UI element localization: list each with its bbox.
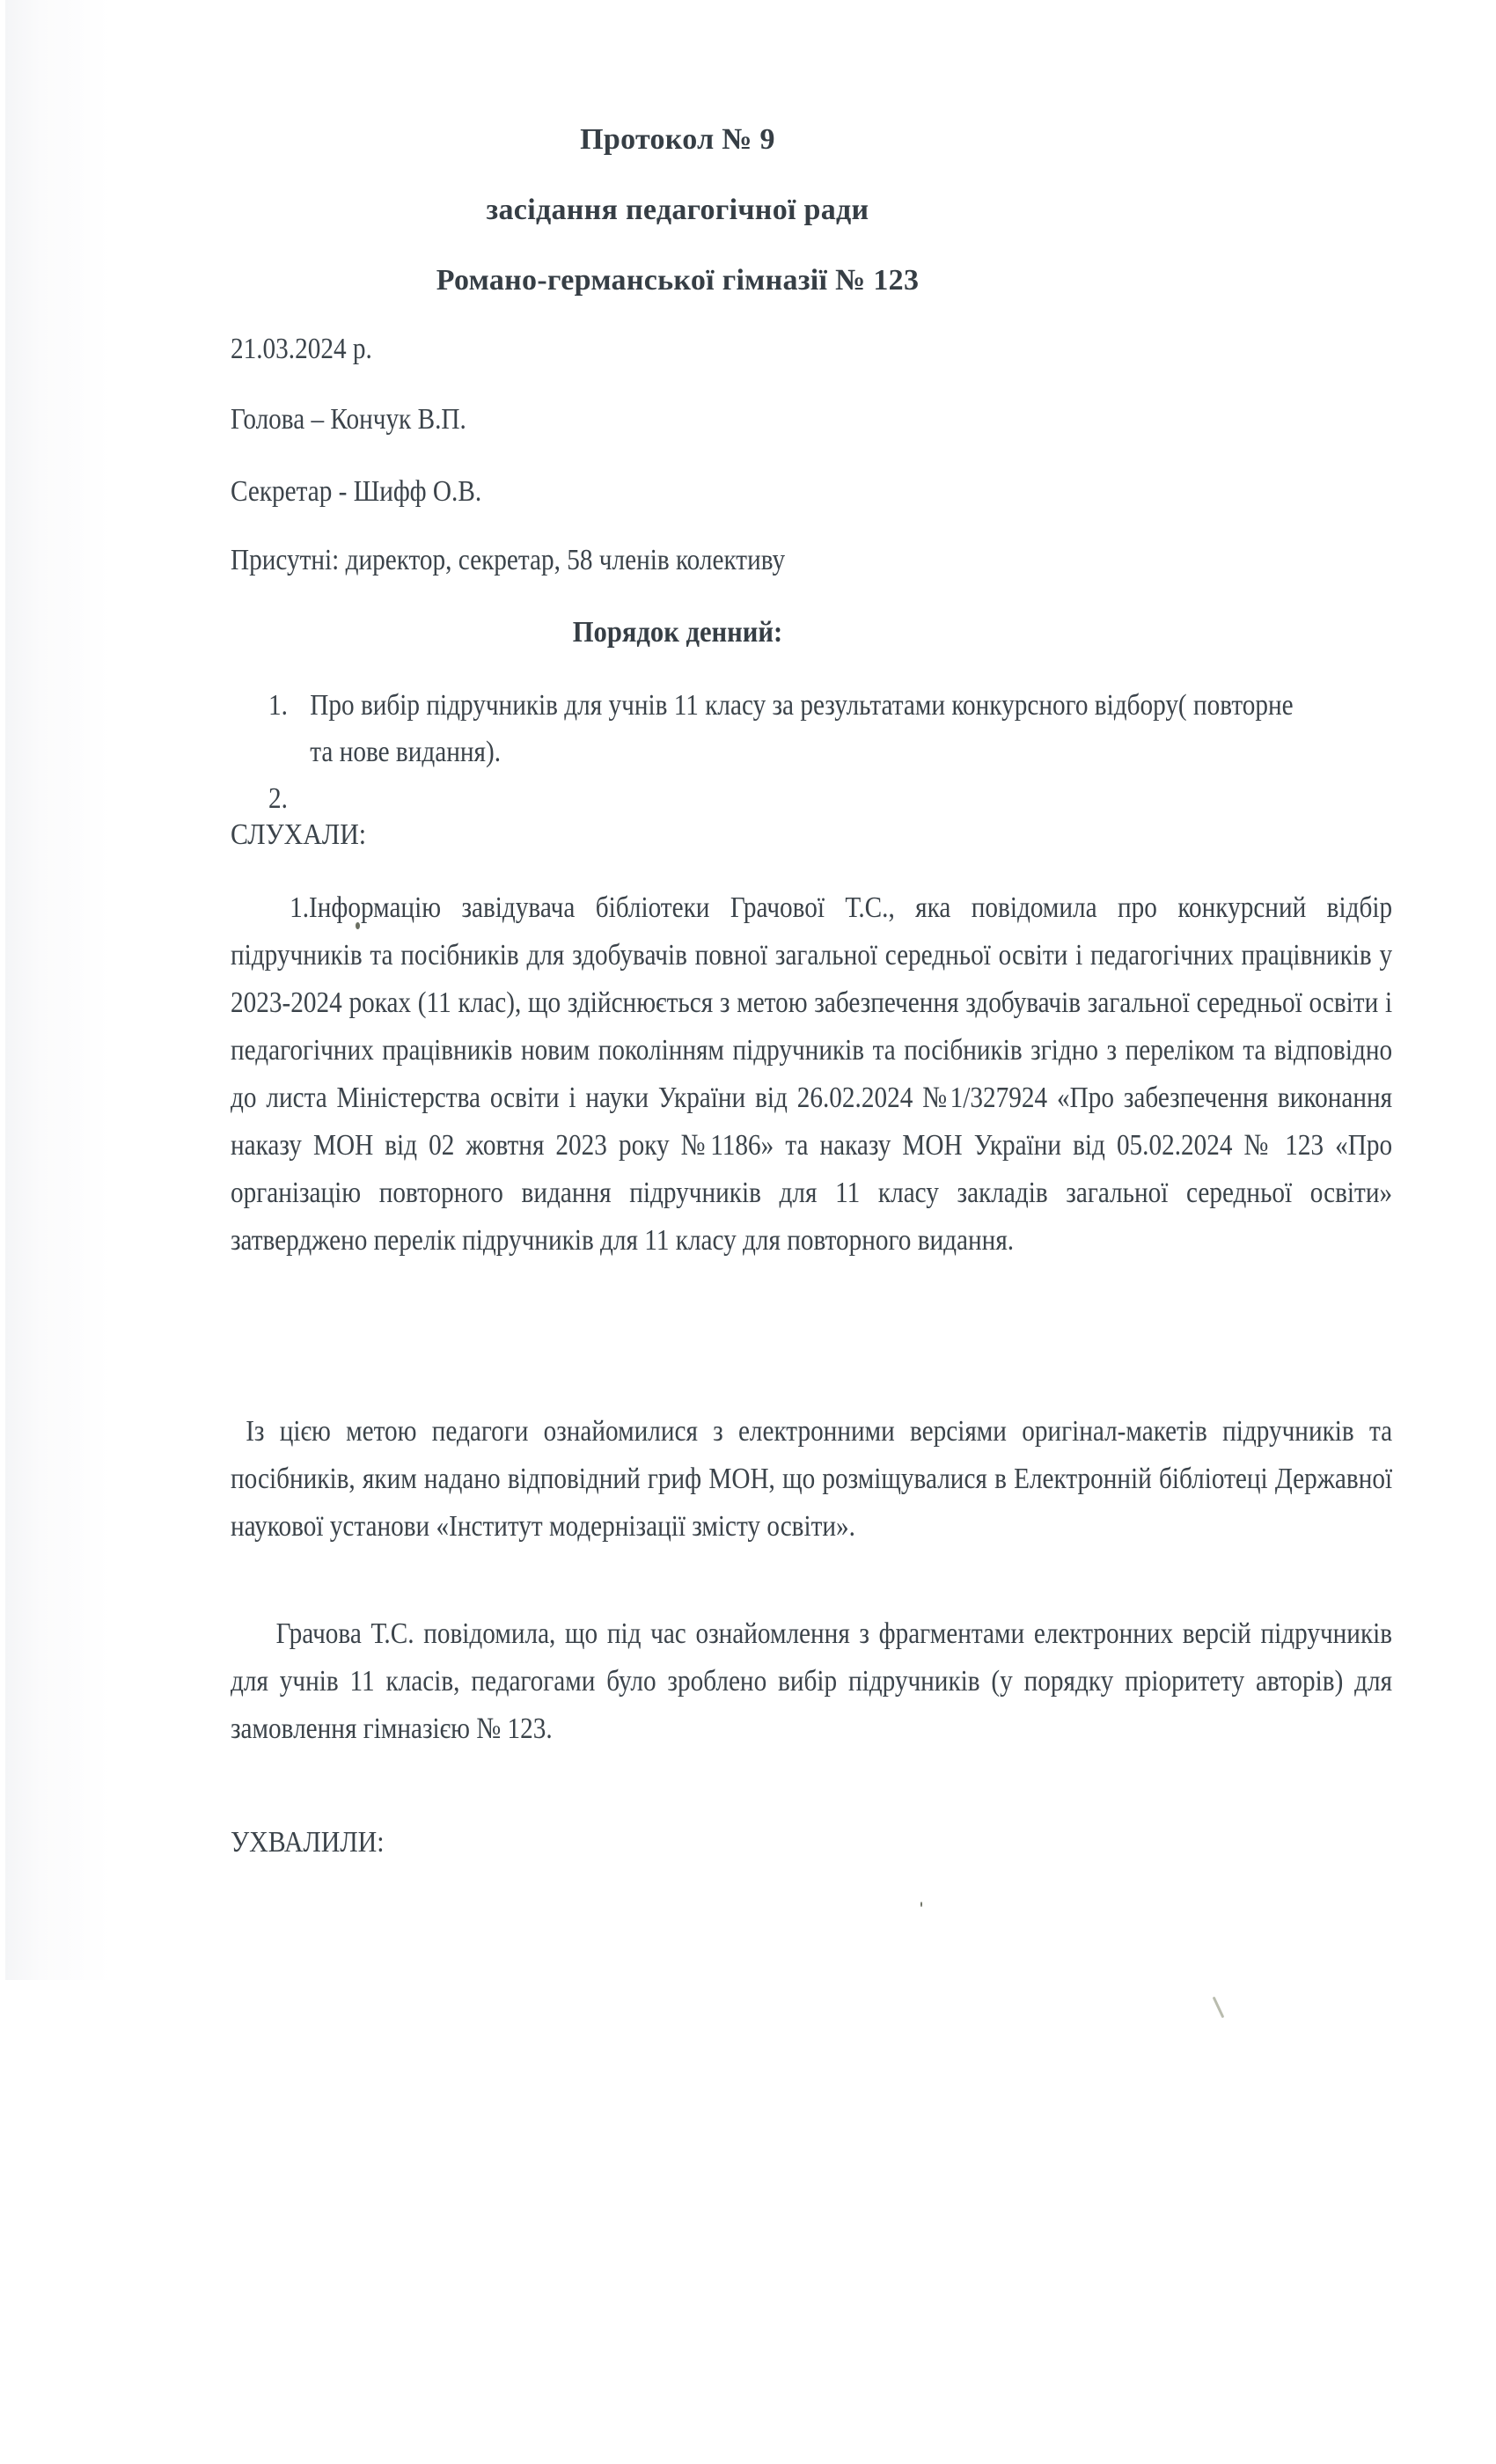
protocol-title: Протокол № 9: [0, 123, 1426, 157]
meeting-subtitle: засідання педагогічної ради: [0, 194, 1426, 227]
agenda-item-number: 2.: [268, 775, 288, 822]
agenda-item: 2.: [268, 775, 1445, 822]
paragraph-text: 1.Інформацію завідувача бібліотеки Грачо…: [231, 884, 1392, 1265]
attendees-line: Присутні: директор, секретар, 58 членів …: [231, 544, 785, 577]
heard-section-label: СЛУХАЛИ:: [231, 818, 366, 852]
secretary-line: Секретар - Шифф О.В.: [231, 475, 481, 509]
decided-section-label: УХВАЛИЛИ:: [231, 1826, 385, 1859]
scan-speck: [356, 922, 360, 929]
agenda-list: 1. Про вибір підручників для учнів 11 кл…: [268, 682, 1412, 822]
heard-paragraph: Із цією метою педагоги ознайомилися з ел…: [231, 1408, 1392, 1551]
chair-line: Голова – Кончук В.П.: [231, 403, 466, 436]
heard-paragraph: Грачова Т.С. повідомила, що під час озна…: [231, 1610, 1392, 1753]
paragraph-text: Із цією метою педагоги ознайомилися з ел…: [231, 1408, 1392, 1551]
paragraph-text: Грачова Т.С. повідомила, що під час озна…: [231, 1610, 1392, 1753]
school-name: Романо-германської гімназії № 123: [0, 264, 1426, 297]
agenda-item-text: Про вибір підручників для учнів 11 класу…: [310, 682, 1309, 775]
agenda-item-number: 1.: [268, 682, 288, 729]
agenda-heading: Порядок денний:: [4, 616, 1351, 649]
document-page: Протокол № 9 засідання педагогічної ради…: [0, 0, 1496, 2464]
meeting-date: 21.03.2024 р.: [231, 333, 372, 366]
heard-paragraph: 1.Інформацію завідувача бібліотеки Грачо…: [231, 884, 1392, 1265]
scan-speck: [1213, 1997, 1225, 2019]
agenda-item: 1. Про вибір підручників для учнів 11 кл…: [268, 682, 1445, 775]
scan-speck: [920, 1902, 922, 1907]
